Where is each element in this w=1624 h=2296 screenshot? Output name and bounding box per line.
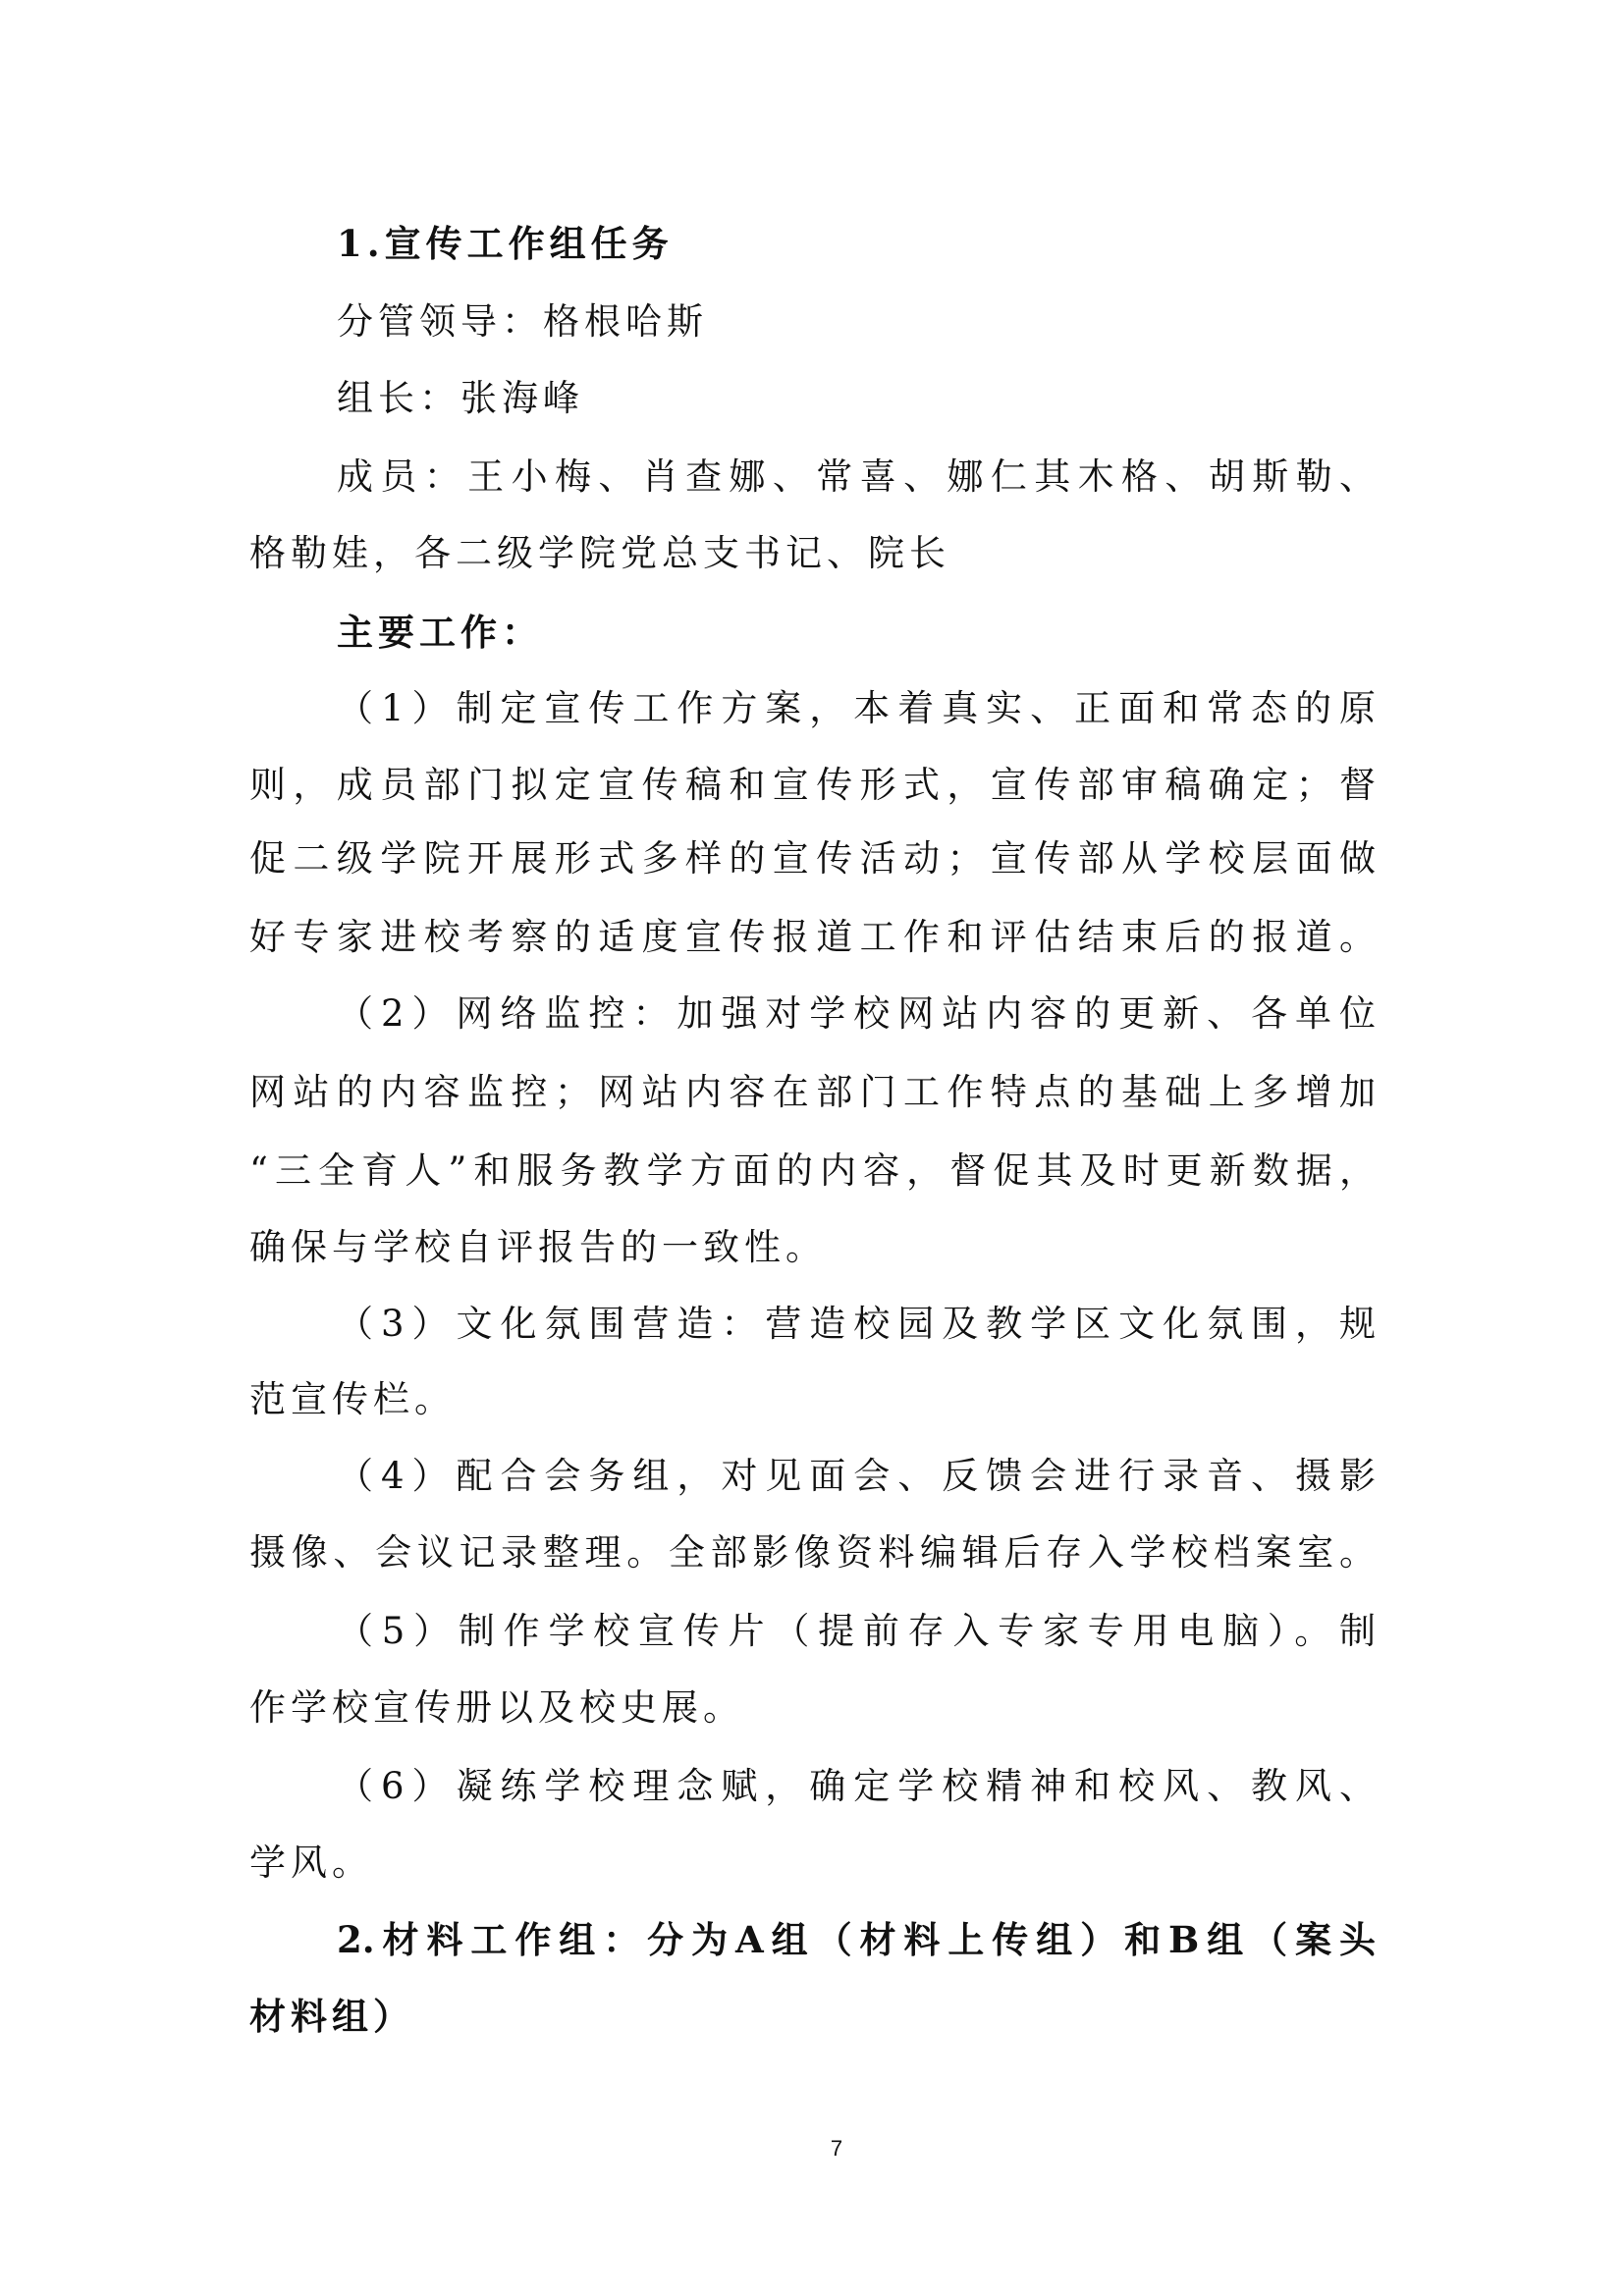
members-line: 成员：王小梅、肖查娜、常喜、娜仁其木格、胡斯勒、 [337,453,1376,502]
section-heading: 1.宣传工作组任务 [337,219,674,268]
item-2-line: “三全育人”和服务教学方面的内容，督促其及时更新数据， [249,1147,1376,1196]
main-work-label: 主要工作： [337,608,543,657]
item-1-line: 则，成员部门拟定宣传稿和宣传形式，宣传部审稿确定；督 [249,761,1376,810]
item-1-line: 促二级学院开展形式多样的宣传活动；宣传部从学校层面做 [249,834,1376,883]
item-3-line: （3）文化氛围营造：营造校园及教学区文化氛围，规 [337,1300,1376,1349]
item-3-line: 范宣传栏。 [249,1375,456,1424]
page-number: 7 [812,2134,861,2163]
item-6-line: （6）凝练学校理念赋，确定学校精神和校风、教风、 [337,1762,1376,1811]
group-lead-line: 组长：张海峰 [337,374,584,423]
item-5-line: （5）制作学校宣传片（提前存入专家专用电脑）。制 [337,1607,1376,1656]
item-4-line: （4）配合会务组，对见面会、反馈会进行录音、摄影 [337,1452,1376,1501]
item-2-line: 网站的内容监控；网站内容在部门工作特点的基础上多增加 [249,1068,1376,1117]
section-heading: 2.材料工作组：分为A组（材料上传组）和B组（案头 [337,1915,1376,1964]
members-line: 格勒娃，各二级学院党总支书记、院长 [249,529,950,578]
item-5-line: 作学校宣传册以及校史展。 [249,1683,744,1733]
item-2-line: 确保与学校自评报告的一致性。 [249,1223,827,1272]
item-1-line: （1）制定宣传工作方案，本着真实、正面和常态的原 [337,684,1376,733]
document-page: 1.宣传工作组任务 分管领导：格根哈斯 组长：张海峰 成员：王小梅、肖查娜、常喜… [0,0,1624,2296]
item-4-line: 摄像、会议记录整理。全部影像资料编辑后存入学校档案室。 [249,1528,1376,1577]
leader-line: 分管领导：格根哈斯 [337,297,708,347]
section-heading: 材料组） [249,1992,414,2041]
item-2-line: （2）网络监控：加强对学校网站内容的更新、各单位 [337,989,1376,1039]
item-1-line: 好专家进校考察的适度宣传报道工作和评估结束后的报道。 [249,913,1376,962]
item-6-line: 学风。 [249,1839,373,1888]
